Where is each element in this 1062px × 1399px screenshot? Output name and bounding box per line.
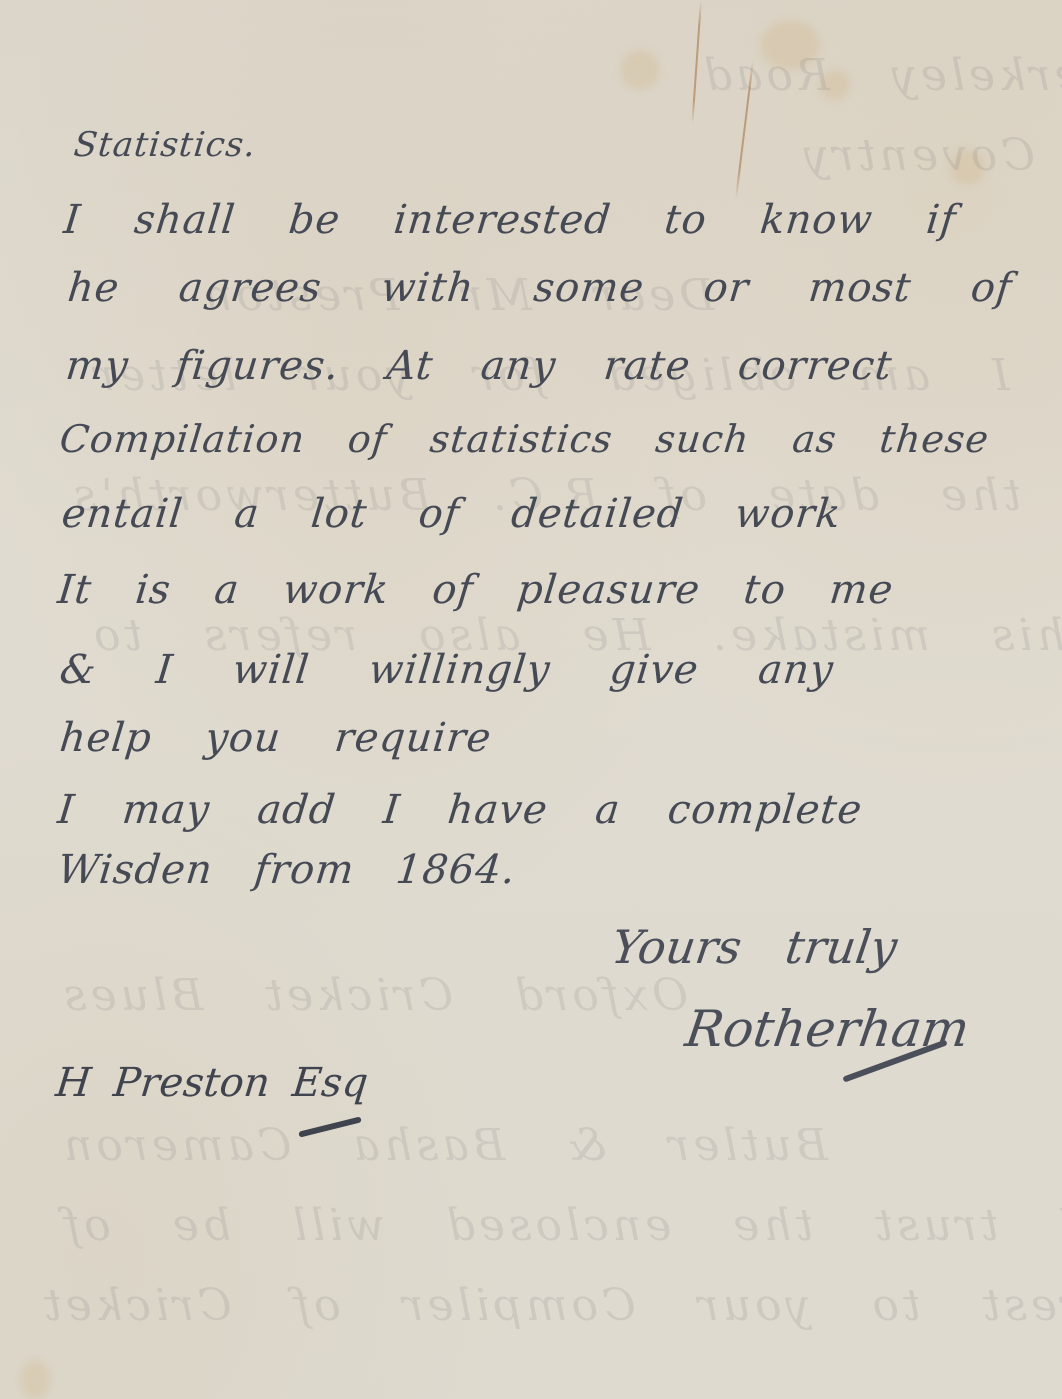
letter-line: It is a work of pleasure to me bbox=[56, 570, 896, 610]
addressee-underline bbox=[298, 1116, 362, 1137]
letter-content: Statistics. I shall be interested to kno… bbox=[0, 0, 1062, 1399]
letter-line: Wisden from 1864. bbox=[56, 850, 518, 890]
letter-line: he agrees with some or most of bbox=[66, 268, 1014, 308]
addressee: H Preston Esq bbox=[54, 1060, 371, 1106]
letter-line: my figures. At any rate correct bbox=[64, 346, 894, 386]
letter-line: I shall be interested to know if bbox=[62, 200, 958, 240]
letter-heading: Statistics. bbox=[72, 128, 258, 162]
letter-line: entail a lot of detailed work bbox=[60, 494, 843, 534]
letter-line: & I will willingly give any bbox=[58, 650, 836, 690]
letter-line: I may add I have a complete bbox=[56, 790, 864, 830]
letter-closing: Yours truly bbox=[608, 920, 900, 974]
letter-line: help you require bbox=[58, 718, 494, 758]
letter-line: Compilation of statistics such as these bbox=[58, 420, 991, 458]
letter-page: 1 Berkeley Road Coventry Dear Mr Preston… bbox=[0, 0, 1062, 1399]
